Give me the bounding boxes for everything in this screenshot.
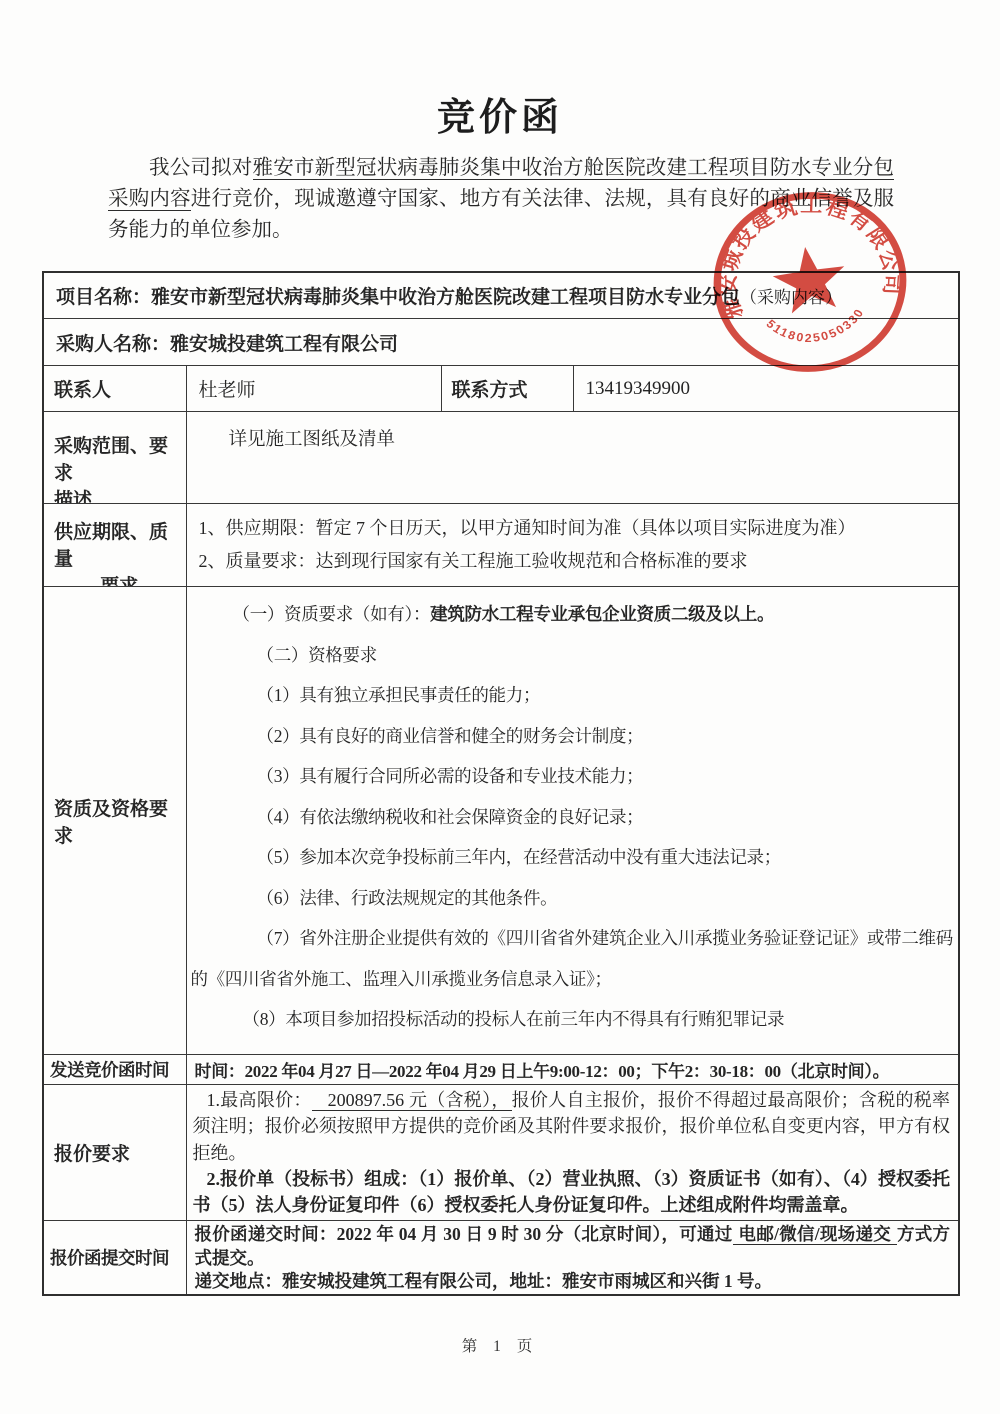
quote-max-price-underlined: 200897.56 元（含税）， (312, 1090, 512, 1111)
submit-address-line: 递交地点：雅安城投建筑工程有限公司，地址：雅安市雨城区和兴街 1 号。 (195, 1270, 951, 1294)
scope-label-line1: 采购范围、要求 (54, 431, 185, 485)
supply-item-2: 2、质量要求：达到现行国家有关工程施工验收规范和合格标准的要求 (199, 545, 958, 578)
bid-info-table: 项目名称：雅安市新型冠状病毒肺炎集中收治方舱医院改建工程项目防水专业分包（采购内… (42, 271, 960, 1296)
supply-label: 供应期限、质量 要求 (54, 517, 185, 573)
qualification-item: （7）省外注册企业提供有效的《四川省省外建筑企业入川承揽业务验证登记证》或带二维… (187, 918, 955, 959)
purchaser-label: 采购人名称： (56, 334, 170, 355)
send-time-value: 时间：2022 年04 月27 日—2022 年04 月29 日上午9:00-1… (186, 1055, 959, 1085)
scope-label-cell: 采购范围、要求 描述 (43, 412, 186, 504)
project-name-suffix: （采购内容） (740, 288, 842, 307)
submit-time-line: 报价函递交时间：2022 年 04 月 30 日 9 时 30 分（北京时间），… (195, 1223, 951, 1270)
purchaser-cell: 采购人名称：雅安城投建筑工程有限公司 (43, 319, 959, 366)
purchaser-value: 雅安城投建筑工程有限公司 (170, 334, 398, 355)
supply-label-line2: 要求 (100, 571, 138, 587)
page-number: 第 1 页 (0, 1334, 1000, 1356)
row-submit-time: 报价函提交时间 报价函递交时间：2022 年 04 月 30 日 9 时 30 … (43, 1221, 959, 1295)
qualification-item: （1）具有独立承担民事责任的能力； (187, 675, 955, 716)
quote-p1-prefix: 1.最高限价： (207, 1090, 312, 1110)
contact-person-label: 联系人 (43, 366, 186, 412)
scope-label-line2: 描述 (54, 485, 185, 504)
project-name-cell: 项目名称：雅安市新型冠状病毒肺炎集中收治方舱医院改建工程项目防水专业分包（采购内… (43, 272, 959, 319)
project-name-value: 雅安市新型冠状病毒肺炎集中收治方舱医院改建工程项目防水专业分包 (151, 287, 740, 308)
supply-value-cell: 1、供应期限：暂定 7 个日历天，以甲方通知时间为准（具体以项目实际进度为准） … (186, 504, 959, 587)
page-title: 竞价函 (0, 0, 1000, 141)
intro-prefix: 我公司拟对 (149, 157, 253, 179)
supply-label-cell: 供应期限、质量 要求 (43, 504, 186, 587)
contact-phone-value: 13419349900 (573, 366, 959, 412)
scope-value: 详见施工图纸及清单 (186, 412, 959, 504)
row-project-name: 项目名称：雅安市新型冠状病毒肺炎集中收治方舱医院改建工程项目防水专业分包（采购内… (43, 272, 959, 319)
submit-method-underlined: 电邮/微信/现场递交 (733, 1224, 897, 1245)
submit-time-label: 报价函提交时间 (43, 1221, 186, 1295)
contact-method-label: 联系方式 (441, 366, 573, 412)
row-send-time: 发送竞价函时间 时间：2022 年04 月27 日—2022 年04 月29 日… (43, 1055, 959, 1085)
intro-paragraph: 我公司拟对雅安市新型冠状病毒肺炎集中收治方舱医院改建工程项目防水专业分包采购内容… (108, 153, 894, 246)
supply-item-1: 1、供应期限：暂定 7 个日历天，以甲方通知时间为准（具体以项目实际进度为准） (199, 512, 958, 545)
quote-composition-line: 2.报价单（投标书）组成：（1）报价单、（2）营业执照、（3）资质证书（如有）、… (193, 1166, 951, 1219)
row-contact: 联系人 杜老师 联系方式 13419349900 (43, 366, 959, 412)
qualification-requirement-line: （一）资质要求（如有）：建筑防水工程专业承包企业资质二级及以上。 (187, 594, 955, 635)
row-supply-period: 供应期限、质量 要求 1、供应期限：暂定 7 个日历天，以甲方通知时间为准（具体… (43, 504, 959, 587)
qualification-item: （5）参加本次竞争投标前三年内，在经营活动中没有重大违法记录； (187, 837, 955, 878)
qualification-req-prefix: （一）资质要求（如有）： (233, 604, 431, 624)
row-purchaser: 采购人名称：雅安城投建筑工程有限公司 (43, 319, 959, 366)
row-qualification: 资质及资格要求 （一）资质要求（如有）：建筑防水工程专业承包企业资质二级及以上。… (43, 587, 959, 1055)
qualification-item: （3）具有履行合同所必需的设备和专业技术能力； (187, 756, 955, 797)
supply-label-line1: 供应期限、质量 (54, 517, 185, 571)
project-name-label: 项目名称： (56, 287, 151, 308)
qualification-item: （2）具有良好的商业信誉和健全的财务会计制度； (187, 716, 955, 757)
row-scope: 采购范围、要求 描述 详见施工图纸及清单 (43, 412, 959, 504)
qualification-item: （6）法律、行政法规规定的其他条件。 (187, 878, 955, 919)
send-time-label: 发送竞价函时间 (43, 1055, 186, 1085)
qualification-item: （8）本项目参加招投标活动的投标人在前三年内不得具有行贿犯罪记录 (187, 999, 955, 1040)
qualification-label: 资质及资格要求 (43, 587, 186, 1055)
qualification-req-bold: 建筑防水工程专业承包企业资质二级及以上。 (430, 604, 774, 624)
qualification-item: （二）资格要求 (187, 635, 955, 676)
submit-p1-prefix: 报价函递交时间：2022 年 04 月 30 日 9 时 30 分（北京时间），… (195, 1224, 733, 1244)
scope-label: 采购范围、要求 描述 (54, 431, 185, 485)
quote-requirements-content: 1.最高限价：200897.56 元（含税），报价人自主报价，报价不得超过最高限… (186, 1085, 959, 1221)
qualification-item: （4）有依法缴纳税收和社会保障资金的良好记录； (187, 797, 955, 838)
qualification-content: （一）资质要求（如有）：建筑防水工程专业承包企业资质二级及以上。 （二）资格要求… (186, 587, 959, 1055)
intro-suffix: 进行竞价，现诚邀遵守国家、地方有关法律、法规，具有良好的商业信誉及服务能力的单位… (108, 188, 894, 241)
quote-requirements-label: 报价要求 (43, 1085, 186, 1221)
document-page: 竞价函 我公司拟对雅安市新型冠状病毒肺炎集中收治方舱医院改建工程项目防水专业分包… (0, 0, 1000, 1356)
qualification-item-continuation: 的《四川省省外施工、监理入川承揽业务信息录入证》； (187, 959, 955, 1000)
contact-person-value: 杜老师 (186, 366, 441, 412)
row-quote-requirements: 报价要求 1.最高限价：200897.56 元（含税），报价人自主报价，报价不得… (43, 1085, 959, 1221)
submit-time-content: 报价函递交时间：2022 年 04 月 30 日 9 时 30 分（北京时间），… (186, 1221, 959, 1295)
quote-max-price-line: 1.最高限价：200897.56 元（含税），报价人自主报价，报价不得超过最高限… (193, 1087, 951, 1166)
